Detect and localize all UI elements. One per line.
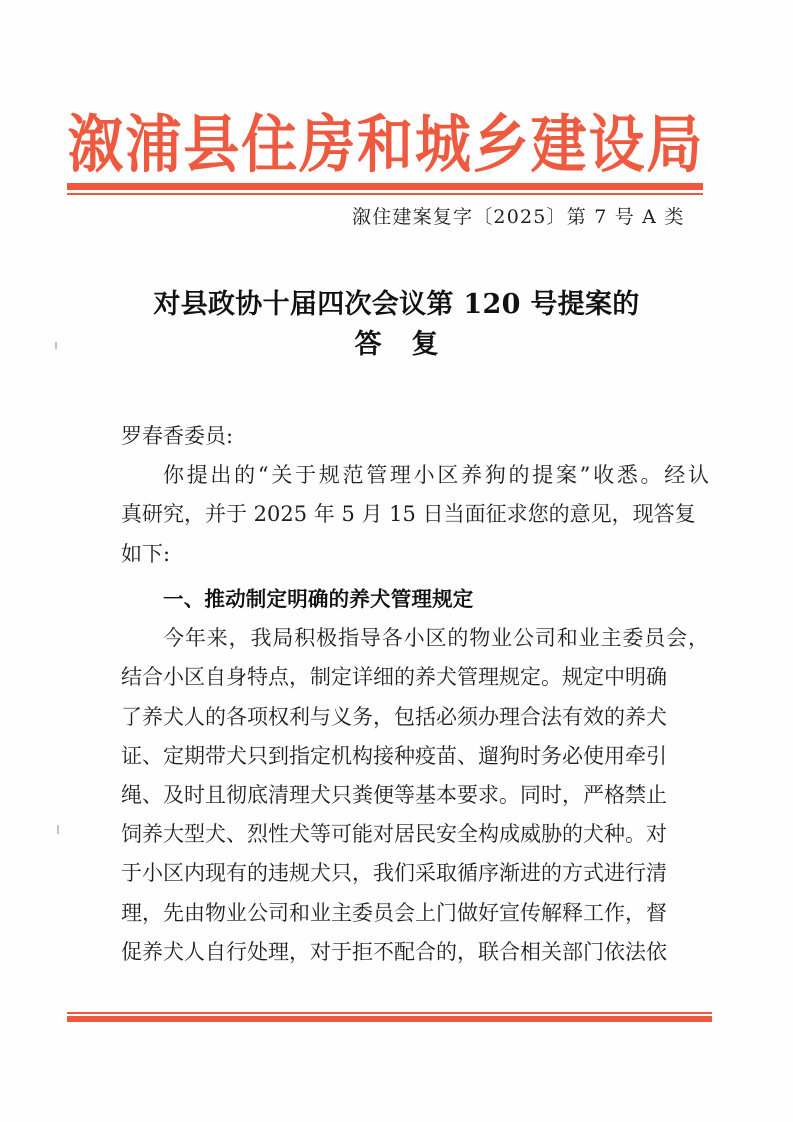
- paragraph-line: 如下:: [121, 535, 681, 574]
- salutation: 罗春香委员:: [121, 417, 681, 456]
- paragraph-line: 于小区内现有的违规犬只，我们采取循序渐进的方式进行清: [121, 854, 667, 893]
- footer-rule-thick: [67, 1016, 712, 1022]
- document-title-reply: 答复: [0, 327, 793, 363]
- document-page: 溆 浦 县 住 房 和 城 乡 建 设 局 溆住建案复字〔2025〕第 7 号 …: [0, 0, 793, 1122]
- masthead-char: 县: [183, 106, 240, 187]
- masthead-char: 和: [356, 106, 413, 187]
- masthead-char: 房: [299, 106, 356, 187]
- masthead-char: 浦: [125, 106, 182, 187]
- paragraph-line: 你提出的“关于规范管理小区养狗的提案”收悉。经认: [121, 456, 709, 495]
- masthead-rule-thin: [67, 193, 703, 195]
- document-title: 对县政协十届四次会议第 120 号提案的: [0, 287, 793, 323]
- section-heading: 一、推动制定明确的养犬管理规定: [121, 580, 681, 619]
- masthead-char: 设: [588, 106, 645, 187]
- paragraph-line: 证、定期带犬只到指定机构接种疫苗、遛狗时务必使用牵引: [121, 737, 667, 776]
- reference-number: 溆住建案复字〔2025〕第 7 号 A 类: [352, 204, 672, 230]
- paragraph-line: 饲养大型犬、烈性犬等可能对居民安全构成威胁的犬种。对: [121, 815, 667, 854]
- document-body: 罗春香委员: 你提出的“关于规范管理小区养狗的提案”收悉。经认 真研究，并于 2…: [121, 417, 681, 574]
- paragraph-line: 结合小区自身特点，制定详细的养犬管理规定。规定中明确: [121, 658, 667, 697]
- masthead-char: 局: [646, 106, 703, 187]
- masthead-org-name: 溆 浦 县 住 房 和 城 乡 建 设 局: [67, 110, 703, 182]
- masthead-rule-thick: [67, 183, 703, 190]
- paragraph-line: 今年来，我局积极指导各小区的物业公司和业主委员会，: [121, 619, 709, 658]
- paragraph-line: 绳、及时且彻底清理犬只粪便等基本要求。同时，严格禁止: [121, 776, 667, 815]
- paragraph-line: 了养犬人的各项权利与义务，包括必须办理合法有效的养犬: [121, 698, 667, 737]
- scan-artifact: [57, 825, 59, 834]
- masthead-char: 建: [530, 106, 587, 187]
- paragraph-line: 理，先由物业公司和业主委员会上门做好宣传解释工作，督: [121, 894, 667, 933]
- masthead-char: 城: [414, 106, 471, 187]
- paragraph-line: 真研究，并于 2025 年 5 月 15 日当面征求您的意见，现答复: [121, 495, 667, 534]
- masthead-char: 溆: [67, 106, 124, 187]
- masthead-char: 乡: [472, 106, 529, 187]
- masthead-char: 住: [241, 106, 298, 187]
- paragraph-line: 促养犬人自行处理，对于拒不配合的，联合相关部门依法依: [121, 933, 667, 972]
- section-1: 一、推动制定明确的养犬管理规定 今年来，我局积极指导各小区的物业公司和业主委员会…: [121, 580, 681, 972]
- footer-rule-thin: [67, 1012, 712, 1014]
